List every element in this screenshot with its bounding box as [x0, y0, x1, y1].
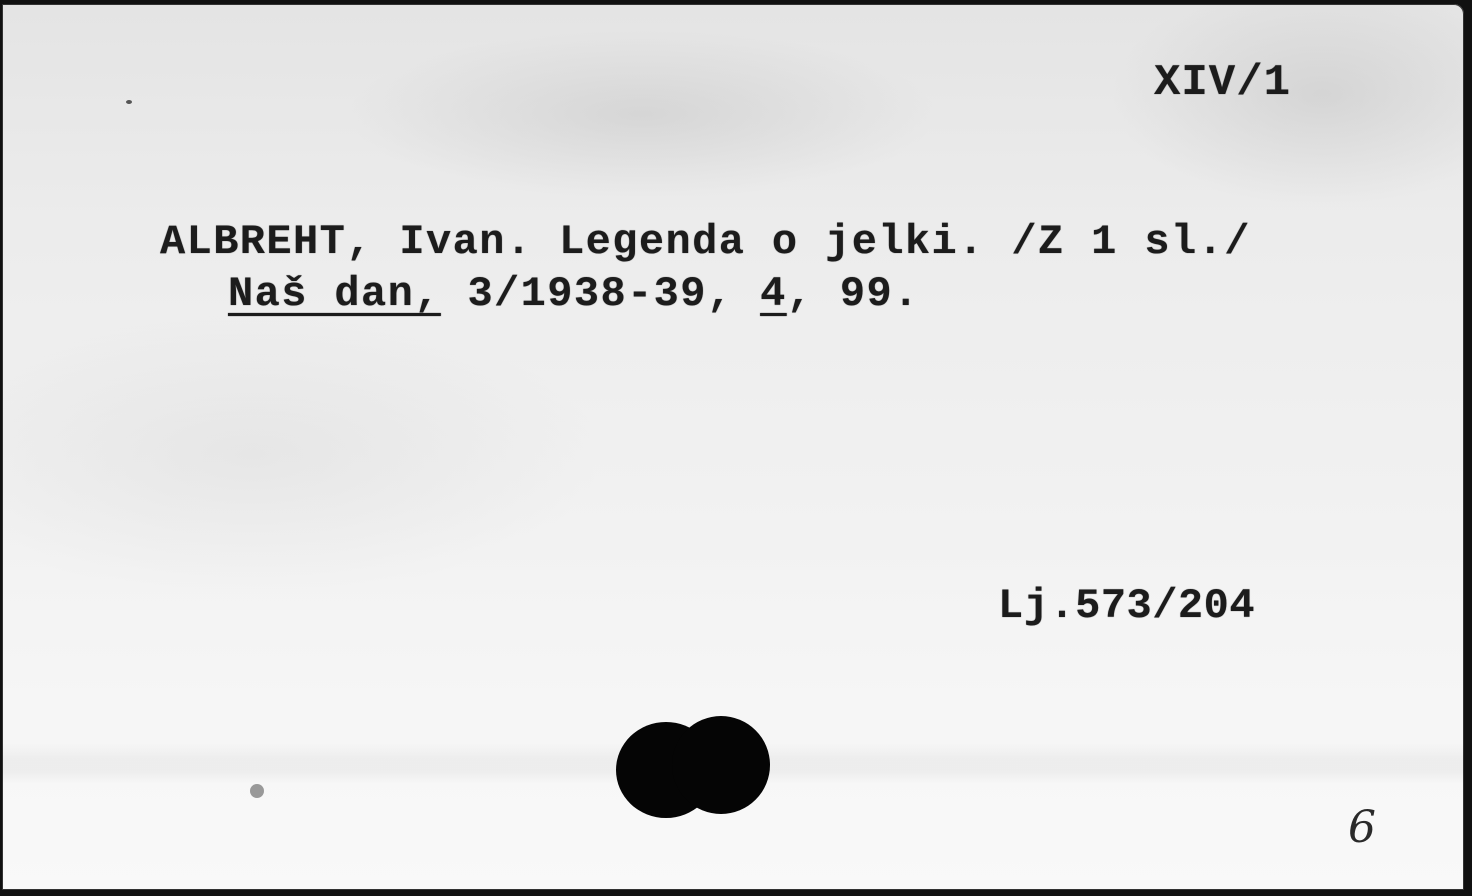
work-title: Legenda o jelki. — [559, 218, 985, 266]
punch-hole-lobe — [672, 716, 770, 814]
page-number: , 99. — [787, 270, 920, 318]
handwritten-number: 6 — [1348, 802, 1376, 853]
issue-number: 4 — [760, 270, 787, 318]
call-number: XIV/1 — [1154, 58, 1291, 108]
illustration-note: /Z 1 sl./ — [1011, 218, 1250, 266]
ink-speck — [126, 100, 132, 104]
ink-speck — [250, 784, 264, 798]
journal-title: Naš dan, — [228, 270, 441, 318]
shelf-mark: Lj.573/204 — [998, 582, 1255, 630]
author-name: ALBREHT, Ivan. — [160, 218, 532, 266]
punch-hole-icon — [616, 716, 772, 818]
entry-source: Naš dan, 3/1938-39, 4, 99. — [228, 270, 920, 318]
volume-year: 3/1938-39, — [441, 270, 760, 318]
entry-heading: ALBREHT, Ivan. Legenda o jelki. /Z 1 sl.… — [160, 218, 1251, 266]
catalog-card: XIV/1 ALBREHT, Ivan. Legenda o jelki. /Z… — [2, 4, 1464, 890]
